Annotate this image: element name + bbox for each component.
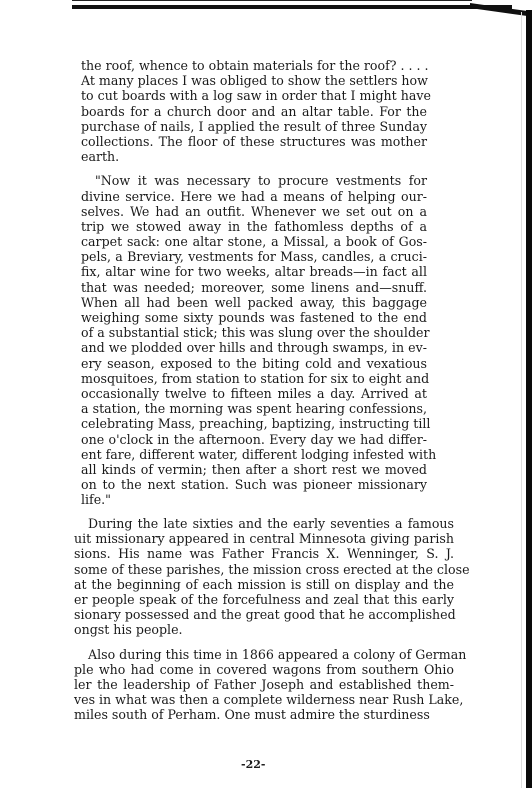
text-line: During the late sixties and the early se… <box>74 516 454 531</box>
upper-text-block: the roof, whence to obtain materials for… <box>81 58 427 507</box>
text-line: ongst his people. <box>74 622 454 637</box>
top-border <box>72 5 512 9</box>
text-line: When all had been well packed away, this… <box>81 295 427 310</box>
text-line: occasionally twelve to fifteen miles a d… <box>81 386 427 401</box>
page-number: -22- <box>241 758 265 771</box>
top-border-thin <box>72 0 472 1</box>
text-line: that was needed; moreover, some linens a… <box>81 280 427 295</box>
text-line: and we plodded over hills and through sw… <box>81 340 427 355</box>
text-line: selves. We had an outfit. Whenever we se… <box>81 204 427 219</box>
text-line: ple who had come in covered wagons from … <box>74 662 454 677</box>
text-line: carpet sack: one altar stone, a Missal, … <box>81 234 427 249</box>
text-line: Also during this time in 1866 appeared a… <box>74 647 454 662</box>
text-line: pels, a Breviary, vestments for Mass, ca… <box>81 249 427 264</box>
paragraph: Also during this time in 1866 appeared a… <box>74 647 454 723</box>
lower-text-block: During the late sixties and the early se… <box>74 516 454 722</box>
paragraph: "Now it was necessary to procure vestmen… <box>81 173 427 507</box>
paragraph-gap <box>74 638 454 647</box>
text-line: sions. His name was Father Francis X. We… <box>74 546 454 561</box>
text-line: sionary possessed and the great good tha… <box>74 607 454 622</box>
text-line: earth. <box>81 149 427 164</box>
text-line: of a substantial stick; this was slung o… <box>81 325 427 340</box>
text-line: boards for a church door and an altar ta… <box>81 104 427 119</box>
text-line: divine service. Here we had a means of h… <box>81 189 427 204</box>
right-margin-line <box>521 12 522 788</box>
text-line: miles south of Perham. One must admire t… <box>74 707 454 722</box>
text-line: the roof, whence to obtain materials for… <box>81 58 427 73</box>
text-line: a station, the morning was spent hearing… <box>81 401 427 416</box>
text-line: "Now it was necessary to procure vestmen… <box>81 173 427 188</box>
text-line: ler the leadership of Father Joseph and … <box>74 677 454 692</box>
text-line: ent fare, different water, different lod… <box>81 447 427 462</box>
paragraph: the roof, whence to obtain materials for… <box>81 58 427 164</box>
text-line: all kinds of vermin; then after a short … <box>81 462 427 477</box>
text-line: purchase of nails, I applied the result … <box>81 119 427 134</box>
text-line: uit missionary appeared in central Minne… <box>74 531 454 546</box>
paragraph: During the late sixties and the early se… <box>74 516 454 638</box>
text-line: at the beginning of each mission is stil… <box>74 577 454 592</box>
text-line: mosquitoes, from station to station for … <box>81 371 427 386</box>
text-line: trip we stowed away in the fathomless de… <box>81 219 427 234</box>
text-line: life." <box>81 492 427 507</box>
text-line: ery season, exposed to the biting cold a… <box>81 356 427 371</box>
text-line: ves in what was then a complete wilderne… <box>74 692 454 707</box>
text-line: celebrating Mass, preaching, baptizing, … <box>81 416 427 431</box>
right-edge-shadow <box>526 10 532 788</box>
text-line: to cut boards with a log saw in order th… <box>81 88 427 103</box>
text-line: on to the next station. Such was pioneer… <box>81 477 427 492</box>
text-line: collections. The floor of these structur… <box>81 134 427 149</box>
paragraph-gap <box>81 164 427 173</box>
text-line: fix, altar wine for two weeks, altar bre… <box>81 264 427 279</box>
text-line: one o'clock in the afternoon. Every day … <box>81 432 427 447</box>
text-line: er people speak of the forcefulness and … <box>74 592 454 607</box>
text-line: some of these parishes, the mission cros… <box>74 562 454 577</box>
text-line: At many places I was obliged to show the… <box>81 73 427 88</box>
text-line: weighing some sixty pounds was fastened … <box>81 310 427 325</box>
